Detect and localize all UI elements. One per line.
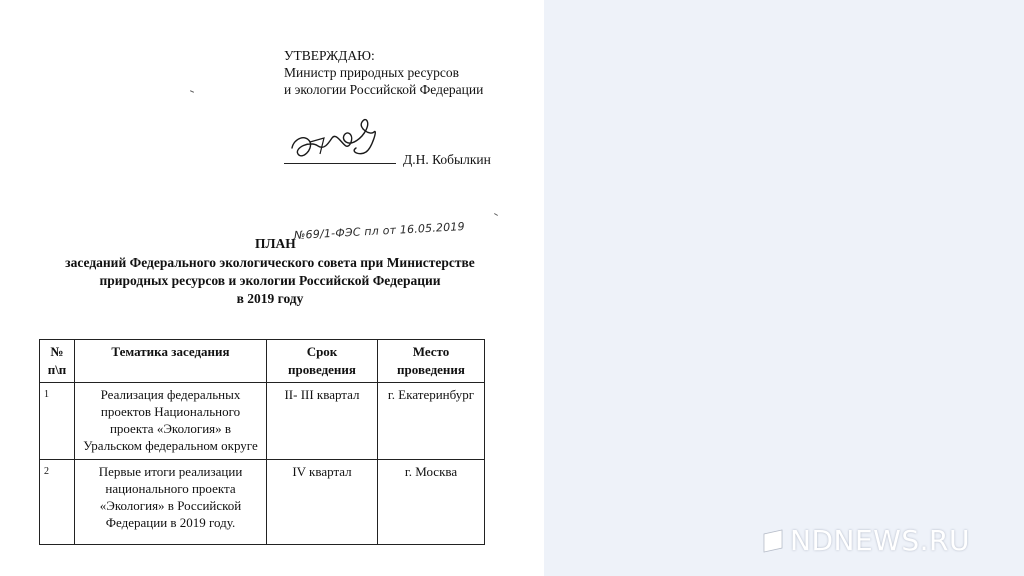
signature-block: Д.Н. Кобылкин <box>270 108 510 168</box>
document-page: УТВЕРЖДАЮ: Министр природных ресурсов и … <box>0 0 544 576</box>
cell-term: II- III квартал <box>267 383 378 460</box>
approval-line-2: и экологии Российской Федерации <box>284 81 483 98</box>
cell-place: г. Москва <box>378 460 485 545</box>
signature-icon <box>280 108 400 168</box>
plan-subtitle-line: природных ресурсов и экологии Российской… <box>60 272 480 290</box>
approval-line-1: Министр природных ресурсов <box>284 64 483 81</box>
approval-block: УТВЕРЖДАЮ: Министр природных ресурсов и … <box>284 47 483 98</box>
side-background-panel <box>544 0 1024 576</box>
scan-speck <box>494 213 498 216</box>
signatory-name: Д.Н. Кобылкин <box>403 152 491 168</box>
header-topic: Тематика заседания <box>75 340 267 383</box>
watermark: NDNEWS.RU <box>762 524 970 557</box>
cell-place: г. Екатеринбург <box>378 383 485 460</box>
scan-speck <box>190 90 194 93</box>
header-term: Срок проведения <box>267 340 378 383</box>
plan-subtitle-line: заседаний Федерального экологического со… <box>60 254 480 272</box>
table-row: 2 Первые итоги реализации национального … <box>40 460 485 545</box>
watermark-text: NDNEWS.RU <box>790 524 970 557</box>
signature-line <box>284 163 396 164</box>
plan-handwritten-number: №69/1-ФЭС пл от 16.05.2019 <box>294 220 465 242</box>
ndnews-logo-icon <box>762 528 786 554</box>
table-header-row: № п\п Тематика заседания Срок проведения… <box>40 340 485 383</box>
table-row: 1 Реализация федеральных проектов Национ… <box>40 383 485 460</box>
header-place: Место проведения <box>378 340 485 383</box>
plan-subtitle: заседаний Федерального экологического со… <box>60 254 480 308</box>
cell-term: IV квартал <box>267 460 378 545</box>
cell-topic: Первые итоги реализации национального пр… <box>75 460 267 545</box>
plan-subtitle-line: в 2019 году <box>60 290 480 308</box>
plan-title: ПЛАН <box>255 236 296 252</box>
cell-topic: Реализация федеральных проектов Национал… <box>75 383 267 460</box>
approval-heading: УТВЕРЖДАЮ: <box>284 47 483 64</box>
plan-table: № п\п Тематика заседания Срок проведения… <box>39 339 485 545</box>
cell-num: 1 <box>40 383 75 460</box>
header-num: № п\п <box>40 340 75 383</box>
cell-num: 2 <box>40 460 75 545</box>
